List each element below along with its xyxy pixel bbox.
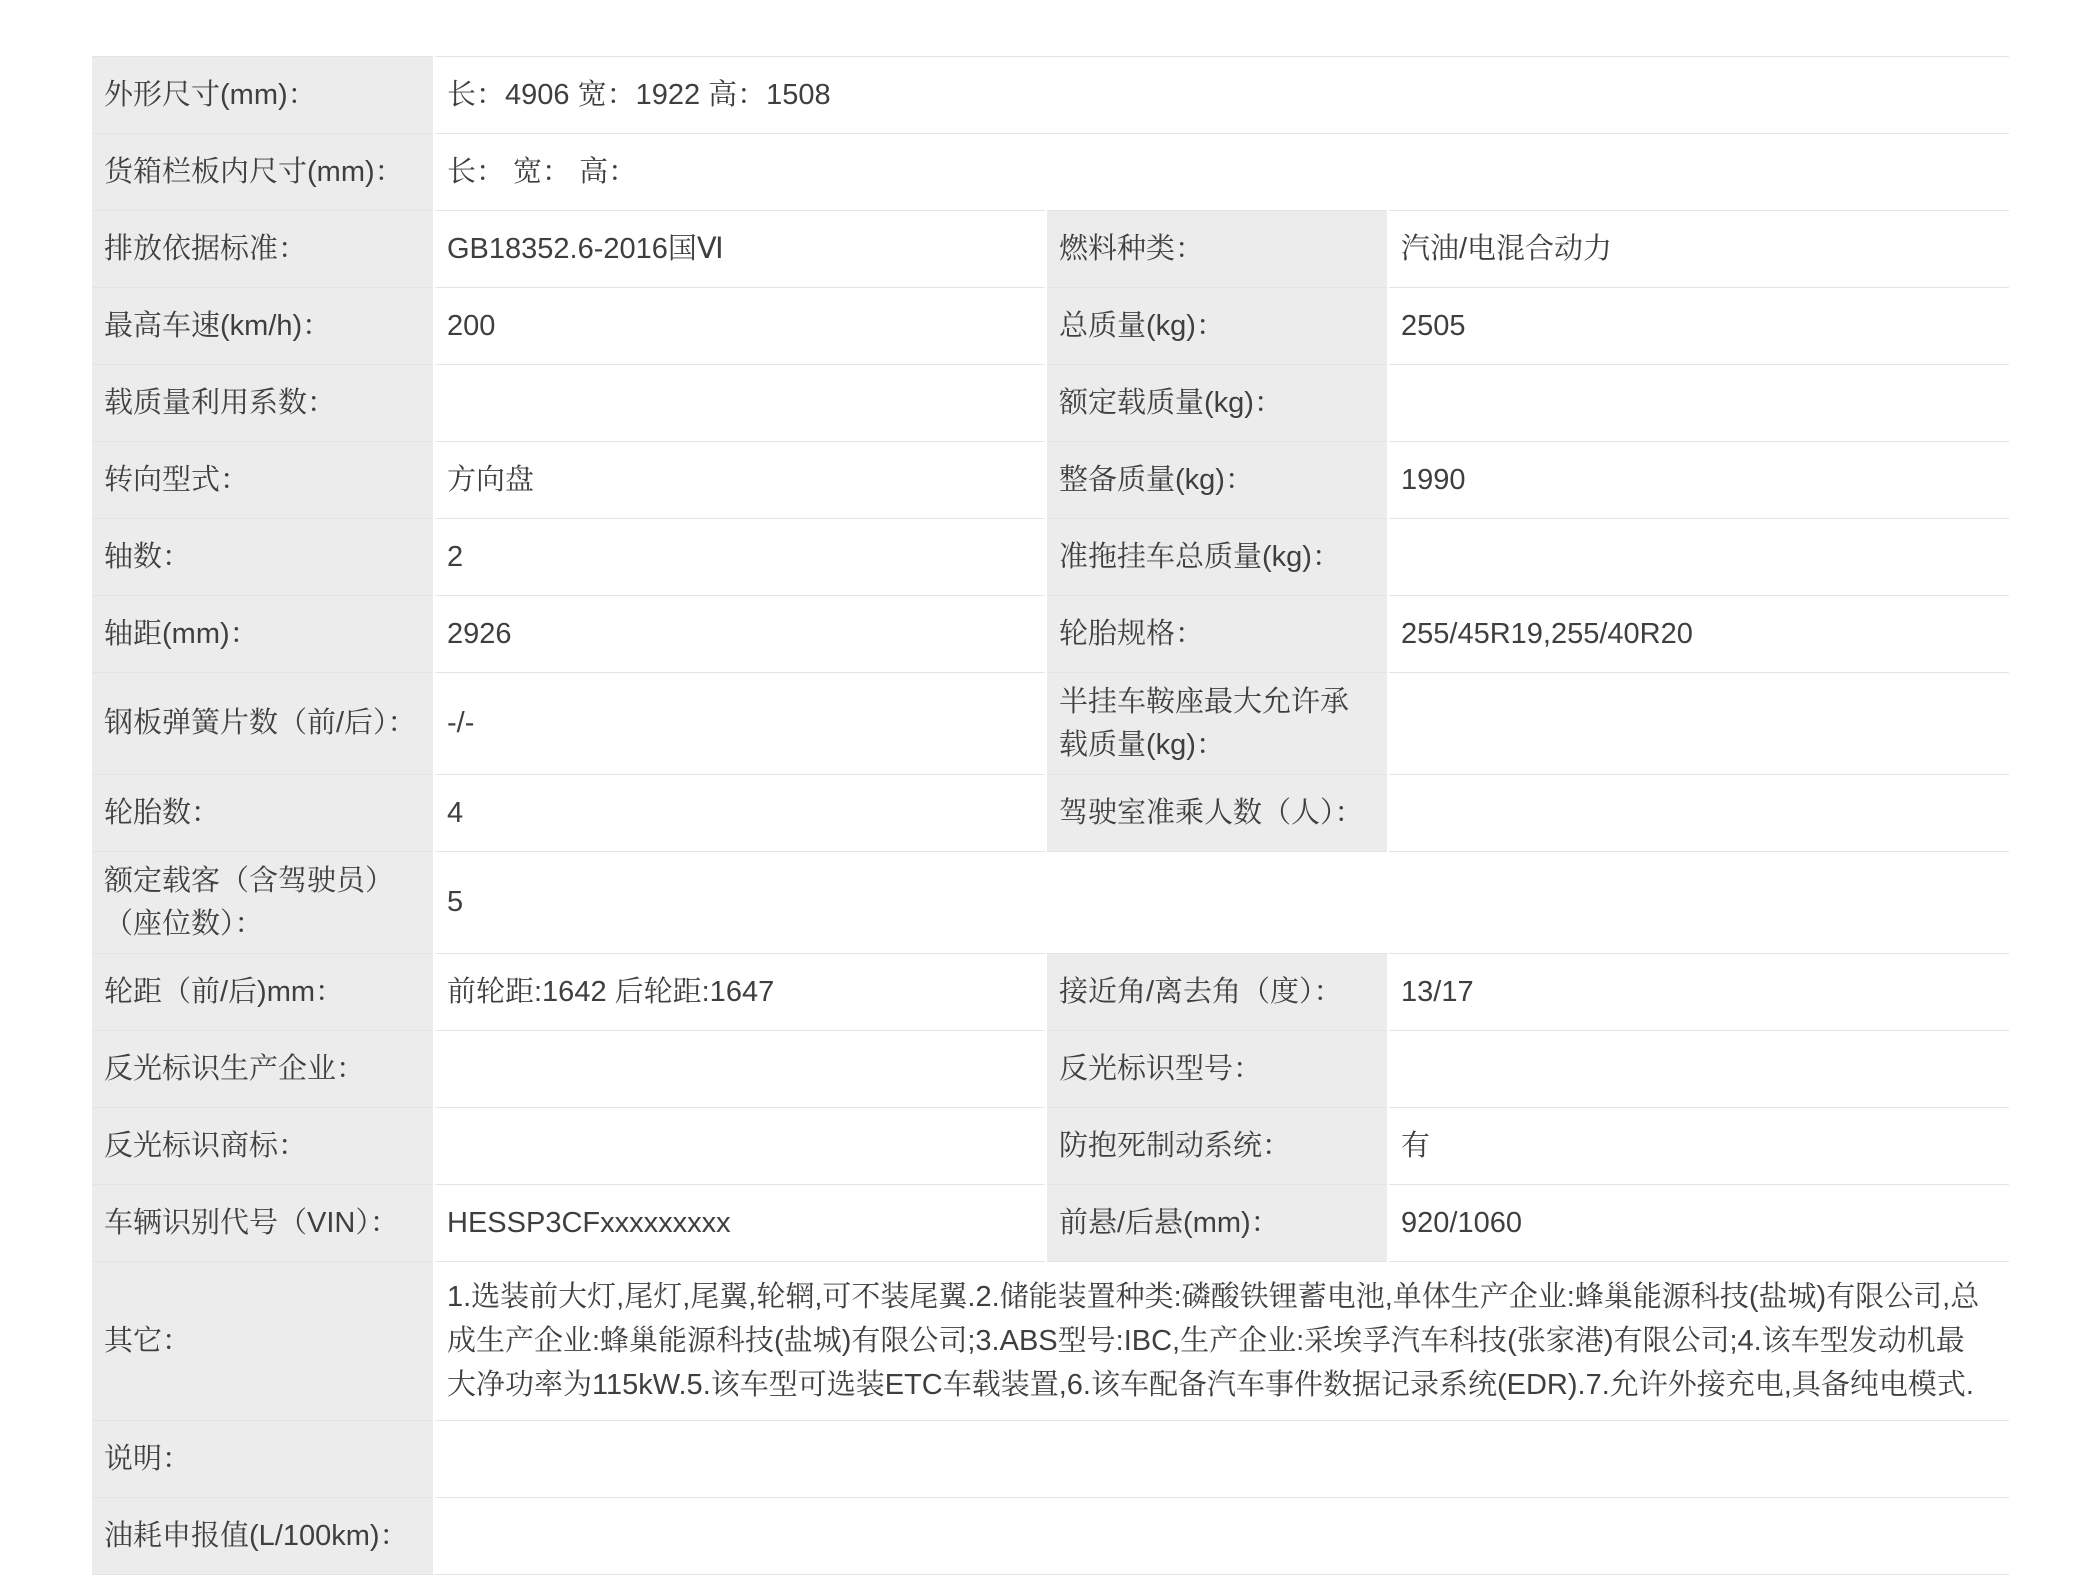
- row-seating-capacity-label: 额定载客（含驾驶员）（座位数）：: [92, 852, 434, 954]
- row-cargo-box-label: 货箱栏板内尺寸(mm)：: [92, 134, 434, 211]
- row-tire-count-label: 轮胎数：: [92, 775, 434, 852]
- row-vin-value: HESSP3CFxxxxxxxxx: [434, 1185, 1046, 1262]
- row-reflective-model-label: 反光标识型号：: [1046, 1031, 1388, 1108]
- row-cab-occupants-label: 驾驶室准乘人数（人）：: [1046, 775, 1388, 852]
- row-fuel-type-label: 燃料种类：: [1046, 211, 1388, 288]
- row-overhang-label: 前悬/后悬(mm)：: [1046, 1185, 1388, 1262]
- row-dimensions-label: 外形尺寸(mm)：: [92, 57, 434, 134]
- row-dimensions: 外形尺寸(mm)： 长：4906 宽：1922 高：1508: [92, 57, 2009, 134]
- row-cab-occupants-value: [1388, 775, 2009, 852]
- row-curb-mass-value: 1990: [1388, 442, 2009, 519]
- row-reflective-manufacturer-label: 反光标识生产企业：: [92, 1031, 434, 1108]
- row-reflective-marking-manufacturer-model: 反光标识生产企业： 反光标识型号：: [92, 1031, 2009, 1108]
- row-max-speed-label: 最高车速(km/h)：: [92, 288, 434, 365]
- row-tire-spec-value: 255/45R19,255/40R20: [1388, 596, 2009, 673]
- row-other-value: 1.选装前大灯,尾灯,尾翼,轮辋,可不装尾翼.2.储能装置种类:磷酸铁锂蓄电池,…: [434, 1262, 2009, 1421]
- row-tire-count-value: 4: [434, 775, 1046, 852]
- row-seating-capacity: 额定载客（含驾驶员）（座位数）： 5: [92, 852, 2009, 954]
- row-leaf-springs-label: 钢板弹簧片数（前/后）：: [92, 673, 434, 775]
- row-max-speed-gross-mass: 最高车速(km/h)： 200 总质量(kg)： 2505: [92, 288, 2009, 365]
- row-vin-overhang: 车辆识别代号（VIN）： HESSP3CFxxxxxxxxx 前悬/后悬(mm)…: [92, 1185, 2009, 1262]
- row-axle-count-label: 轴数：: [92, 519, 434, 596]
- row-leaf-springs-saddle-load: 钢板弹簧片数（前/后）： -/- 半挂车鞍座最大允许承载质量(kg)：: [92, 673, 2009, 775]
- row-max-speed-value: 200: [434, 288, 1046, 365]
- row-wheelbase-label: 轴距(mm)：: [92, 596, 434, 673]
- row-tire-spec-label: 轮胎规格：: [1046, 596, 1388, 673]
- row-fuel-consumption-value: [434, 1498, 2009, 1575]
- row-approach-angle-label: 接近角/离去角（度）：: [1046, 954, 1388, 1031]
- row-steering-type-label: 转向型式：: [92, 442, 434, 519]
- vehicle-spec-table: 外形尺寸(mm)： 长：4906 宽：1922 高：1508 货箱栏板内尺寸(m…: [92, 56, 2009, 1575]
- row-steering-curb-mass: 转向型式： 方向盘 整备质量(kg)： 1990: [92, 442, 2009, 519]
- row-emission-standard-fuel-type: 排放依据标准： GB18352.6-2016国Ⅵ 燃料种类： 汽油/电混合动力: [92, 211, 2009, 288]
- row-track-width-value: 前轮距:1642 后轮距:1647: [434, 954, 1046, 1031]
- row-other-label: 其它：: [92, 1262, 434, 1421]
- row-vin-label: 车辆识别代号（VIN）：: [92, 1185, 434, 1262]
- row-reflective-trademark-abs: 反光标识商标： 防抱死制动系统： 有: [92, 1108, 2009, 1185]
- row-emission-standard-value: GB18352.6-2016国Ⅵ: [434, 211, 1046, 288]
- row-reflective-manufacturer-value: [434, 1031, 1046, 1108]
- row-rated-load-value: [1388, 365, 2009, 442]
- row-fuel-type-value: 汽油/电混合动力: [1388, 211, 2009, 288]
- row-overhang-value: 920/1060: [1388, 1185, 2009, 1262]
- row-axle-count-value: 2: [434, 519, 1046, 596]
- row-notes: 说明：: [92, 1421, 2009, 1498]
- row-emission-standard-label: 排放依据标准：: [92, 211, 434, 288]
- row-seating-capacity-value: 5: [434, 852, 2009, 954]
- vehicle-spec-sheet: 外形尺寸(mm)： 长：4906 宽：1922 高：1508 货箱栏板内尺寸(m…: [92, 56, 2009, 1575]
- row-abs-value: 有: [1388, 1108, 2009, 1185]
- row-abs-label: 防抱死制动系统：: [1046, 1108, 1388, 1185]
- row-load-utilization-rated-load: 载质量利用系数： 额定载质量(kg)：: [92, 365, 2009, 442]
- row-saddle-load-value: [1388, 673, 2009, 775]
- row-dimensions-value: 长：4906 宽：1922 高：1508: [434, 57, 2009, 134]
- row-tire-count-cab-occupants: 轮胎数： 4 驾驶室准乘人数（人）：: [92, 775, 2009, 852]
- row-other: 其它： 1.选装前大灯,尾灯,尾翼,轮辋,可不装尾翼.2.储能装置种类:磷酸铁锂…: [92, 1262, 2009, 1421]
- row-fuel-consumption: 油耗申报值(L/100km)：: [92, 1498, 2009, 1575]
- row-cargo-box-value: 长： 宽： 高：: [434, 134, 2009, 211]
- row-leaf-springs-value: -/-: [434, 673, 1046, 775]
- row-track-width-label: 轮距（前/后)mm：: [92, 954, 434, 1031]
- row-gross-mass-value: 2505: [1388, 288, 2009, 365]
- row-approach-angle-value: 13/17: [1388, 954, 2009, 1031]
- row-trailer-mass-label: 准拖挂车总质量(kg)：: [1046, 519, 1388, 596]
- row-reflective-trademark-label: 反光标识商标：: [92, 1108, 434, 1185]
- row-wheelbase-tire-spec: 轴距(mm)： 2926 轮胎规格： 255/45R19,255/40R20: [92, 596, 2009, 673]
- row-reflective-trademark-value: [434, 1108, 1046, 1185]
- row-notes-label: 说明：: [92, 1421, 434, 1498]
- row-fuel-consumption-label: 油耗申报值(L/100km)：: [92, 1498, 434, 1575]
- row-curb-mass-label: 整备质量(kg)：: [1046, 442, 1388, 519]
- row-axle-count-trailer-mass: 轴数： 2 准拖挂车总质量(kg)：: [92, 519, 2009, 596]
- row-gross-mass-label: 总质量(kg)：: [1046, 288, 1388, 365]
- row-rated-load-label: 额定载质量(kg)：: [1046, 365, 1388, 442]
- row-steering-type-value: 方向盘: [434, 442, 1046, 519]
- row-saddle-load-label: 半挂车鞍座最大允许承载质量(kg)：: [1046, 673, 1388, 775]
- row-reflective-model-value: [1388, 1031, 2009, 1108]
- row-track-width-approach-angle: 轮距（前/后)mm： 前轮距:1642 后轮距:1647 接近角/离去角（度）：…: [92, 954, 2009, 1031]
- row-cargo-box-inner-dimensions: 货箱栏板内尺寸(mm)： 长： 宽： 高：: [92, 134, 2009, 211]
- row-wheelbase-value: 2926: [434, 596, 1046, 673]
- row-trailer-mass-value: [1388, 519, 2009, 596]
- row-load-utilization-value: [434, 365, 1046, 442]
- row-load-utilization-label: 载质量利用系数：: [92, 365, 434, 442]
- row-notes-value: [434, 1421, 2009, 1498]
